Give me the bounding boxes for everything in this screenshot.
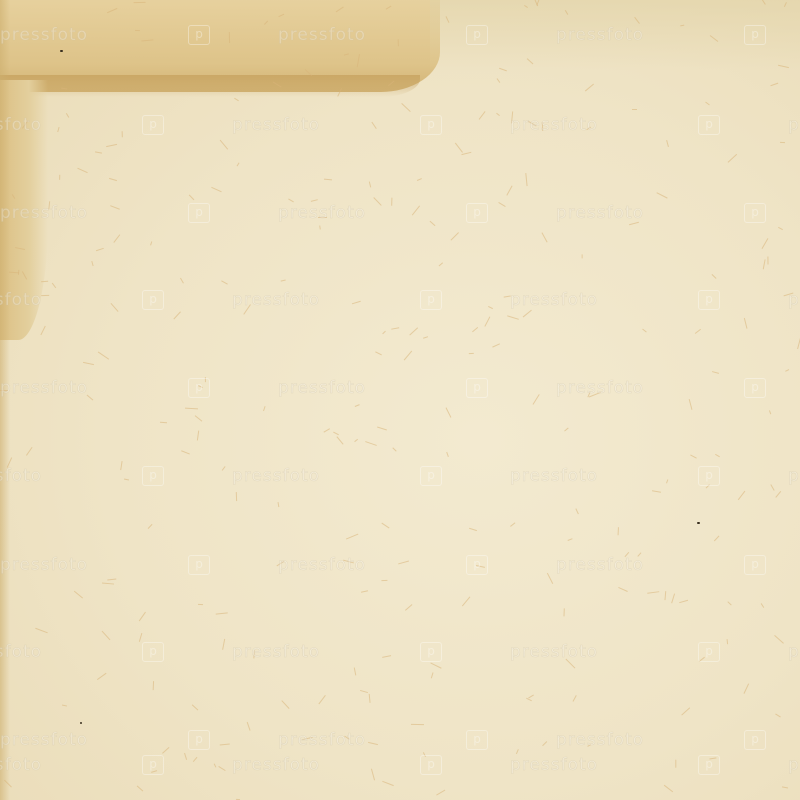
fiber [95, 151, 102, 153]
watermark-text: pressfoto [510, 115, 598, 135]
fiber [666, 479, 668, 483]
watermark-logo-icon: p [142, 290, 164, 310]
fiber [744, 684, 749, 694]
fiber [542, 232, 548, 242]
watermark-text: pressfoto [0, 115, 42, 135]
fiber [383, 330, 387, 334]
fiber [369, 181, 371, 187]
fiber [114, 234, 121, 242]
watermark-text: pressfoto [556, 378, 644, 398]
fiber [319, 225, 321, 229]
watermark-text: pressfoto [0, 642, 42, 662]
fiber [712, 371, 719, 374]
fiber [632, 109, 637, 110]
fiber [236, 492, 237, 501]
fiber [564, 427, 568, 431]
fiber [525, 173, 527, 186]
fiber [181, 451, 190, 455]
fiber [431, 672, 434, 678]
fiber [381, 580, 387, 581]
fiber [59, 175, 60, 180]
watermark-logo-icon: p [744, 203, 766, 223]
watermark-logo-icon: p [698, 290, 720, 310]
fiber [102, 630, 111, 640]
fiber [62, 704, 67, 706]
fiber [324, 178, 332, 180]
watermark-text: pressfoto [278, 378, 366, 398]
fiber [184, 753, 187, 760]
fiber [572, 695, 576, 702]
watermark-text: pressfoto [0, 555, 88, 575]
fiber [532, 394, 539, 405]
fiber [496, 78, 500, 82]
fiber [785, 369, 789, 372]
fiber [405, 604, 413, 611]
watermark-logo-icon: p [188, 25, 210, 45]
fiber [738, 491, 746, 500]
fiber [404, 351, 412, 361]
fiber [160, 422, 167, 423]
watermark-text: pressfoto [232, 642, 320, 662]
watermark-logo-icon: p [698, 642, 720, 662]
fiber [323, 429, 330, 434]
fiber [310, 199, 317, 202]
fiber [180, 278, 184, 283]
watermark-text: pressfoto [278, 25, 366, 45]
fiber [744, 318, 748, 329]
watermark-logo-icon: p [744, 378, 766, 398]
fiber [461, 152, 471, 155]
watermark-logo-icon: p [142, 115, 164, 135]
fiber [222, 466, 226, 471]
fiber [74, 591, 83, 599]
watermark-text: pressfoto [278, 555, 366, 575]
fiber [229, 32, 230, 43]
watermark-logo-icon: p [466, 25, 488, 45]
watermark-logo-icon: p [420, 466, 442, 486]
fiber [97, 352, 108, 360]
fiber [472, 327, 478, 332]
fiber [618, 527, 619, 536]
fiber [185, 407, 198, 409]
fiber [121, 461, 123, 470]
fiber [422, 336, 427, 339]
fiber [488, 306, 493, 309]
fiber [41, 295, 49, 296]
watermark-text: pressfoto [278, 730, 366, 750]
fiber [369, 694, 371, 703]
fiber [223, 639, 226, 650]
fiber [383, 781, 395, 786]
fiber [711, 274, 716, 279]
fiber [150, 242, 152, 246]
watermark-logo-icon: p [744, 25, 766, 45]
fiber [462, 597, 471, 607]
fiber [581, 254, 582, 258]
fiber [193, 757, 198, 762]
watermark-text: pressfoto [232, 755, 320, 775]
speck [697, 522, 700, 524]
watermark-text: pressfoto [788, 466, 800, 486]
fiber [234, 98, 239, 102]
fiber [762, 259, 765, 269]
fiber [780, 142, 785, 143]
watermark-text: pressfoto [510, 755, 598, 775]
fiber [455, 142, 463, 152]
fiber [371, 768, 375, 780]
speck [80, 722, 82, 724]
fiber [247, 722, 251, 731]
watermark-text: pressfoto [0, 730, 88, 750]
fiber [221, 281, 228, 285]
watermark-text: pressfoto [556, 555, 644, 575]
fiber [110, 205, 120, 210]
fiber [137, 786, 144, 792]
fiber [377, 427, 387, 431]
fiber [373, 197, 381, 206]
watermark-text: pressfoto [232, 290, 320, 310]
fiber [417, 178, 422, 181]
watermark-text: pressfoto [0, 25, 88, 45]
fiber [96, 673, 106, 680]
fiber [516, 749, 519, 754]
watermark-text: pressfoto [232, 115, 320, 135]
fiber [91, 261, 93, 266]
fiber [192, 705, 199, 711]
fiber [188, 195, 194, 201]
fiber [568, 538, 573, 541]
fiber [139, 633, 143, 642]
fiber [35, 628, 47, 633]
fiber [507, 315, 518, 319]
fiber [771, 485, 775, 492]
fiber [196, 430, 198, 440]
fiber [355, 438, 359, 441]
watermark-text: pressfoto [278, 203, 366, 223]
fiber [365, 441, 377, 446]
fiber [121, 131, 122, 138]
fiber [237, 163, 240, 167]
fiber [162, 747, 170, 754]
watermark-logo-icon: p [698, 115, 720, 135]
watermark-logo-icon: p [420, 642, 442, 662]
fiber [211, 187, 221, 192]
paper-texture: pressfotoppressfotoppressfotoppressfotop… [0, 0, 800, 800]
fiber [647, 591, 659, 594]
watermark-logo-icon: p [142, 755, 164, 775]
fiber [78, 168, 89, 173]
watermark-text: pressfoto [788, 115, 800, 135]
fiber [195, 415, 203, 421]
fiber [109, 178, 117, 181]
fiber [372, 122, 378, 129]
fiber [506, 185, 512, 195]
fiber [769, 410, 771, 414]
fiber [382, 523, 390, 529]
fiber [492, 344, 500, 348]
fiber [510, 522, 515, 526]
fiber [110, 303, 118, 312]
fiber [430, 662, 441, 668]
fiber [409, 327, 418, 335]
fiber [173, 311, 181, 319]
fiber [83, 362, 94, 365]
fiber [263, 406, 265, 411]
fiber [690, 454, 696, 458]
fiber [618, 587, 628, 592]
fiber [642, 328, 646, 332]
fiber [469, 353, 474, 354]
fiber [664, 591, 666, 600]
fiber [139, 612, 146, 621]
fiber [498, 202, 505, 207]
fiber [523, 310, 532, 318]
fiber [676, 760, 677, 768]
watermark-logo-icon: p [744, 730, 766, 750]
fiber [391, 327, 399, 329]
fiber [478, 111, 485, 120]
watermark-logo-icon: p [466, 203, 488, 223]
fiber [652, 491, 661, 493]
fiber [694, 329, 700, 334]
watermark-text: pressfoto [0, 466, 42, 486]
watermark-logo-icon: p [188, 203, 210, 223]
fiber [728, 601, 733, 605]
fiber [346, 534, 358, 540]
watermark-logo-icon: p [698, 755, 720, 775]
watermark-logo-icon: p [466, 555, 488, 575]
fiber [666, 140, 669, 147]
fiber [727, 154, 737, 163]
fiber [446, 408, 452, 418]
fiber [679, 600, 688, 603]
fiber [542, 742, 547, 747]
coffee-stain-edge [0, 75, 420, 97]
fiber [775, 713, 781, 717]
fiber [391, 197, 392, 205]
watermark-text: pressfoto [788, 642, 800, 662]
fiber [664, 784, 673, 791]
fiber [671, 593, 675, 603]
fiber [355, 404, 360, 407]
fiber [774, 635, 784, 644]
watermark-text: pressfoto [510, 642, 598, 662]
fiber [727, 639, 728, 644]
fiber [430, 221, 436, 226]
watermark-logo-icon: p [142, 466, 164, 486]
watermark-logo-icon: p [142, 642, 164, 662]
fiber [438, 263, 443, 267]
watermark-logo-icon: p [188, 378, 210, 398]
fiber [281, 700, 289, 709]
fiber [153, 681, 154, 690]
fiber [782, 786, 788, 788]
fiber [96, 247, 104, 250]
fiber [102, 582, 114, 584]
fiber [278, 502, 280, 507]
fiber [528, 694, 534, 698]
watermark-text: pressfoto [510, 466, 598, 486]
fiber [715, 454, 720, 457]
watermark-text: pressfoto [788, 290, 800, 310]
fiber [214, 764, 217, 768]
watermark-text: pressfoto [510, 290, 598, 310]
watermark-logo-icon: p [420, 115, 442, 135]
watermark-logo-icon: p [466, 730, 488, 750]
watermark-logo-icon: p [744, 555, 766, 575]
fiber [689, 399, 693, 410]
fiber [361, 590, 368, 593]
fiber [393, 447, 397, 451]
fiber [148, 524, 153, 529]
fiber [411, 724, 424, 725]
fiber [216, 613, 228, 615]
fiber [220, 140, 228, 150]
fiber [575, 509, 579, 515]
watermark-text: pressfoto [232, 466, 320, 486]
watermark-logo-icon: p [188, 730, 210, 750]
fiber [66, 113, 70, 118]
watermark-text: pressfoto [556, 25, 644, 45]
fiber [398, 561, 409, 565]
fiber [446, 452, 449, 457]
fiber [337, 437, 344, 445]
fiber [360, 690, 368, 693]
fiber [768, 256, 769, 264]
fiber [354, 667, 357, 675]
fiber [25, 447, 32, 456]
fiber [585, 83, 594, 91]
fiber [281, 280, 286, 282]
watermark-text: pressfoto [556, 730, 644, 750]
fiber [681, 707, 690, 715]
fiber [762, 238, 769, 249]
watermark-text: pressfoto [0, 378, 88, 398]
fiber [657, 192, 669, 199]
fiber [319, 695, 326, 704]
watermark-logo-icon: p [420, 755, 442, 775]
fiber [450, 232, 459, 241]
fiber [776, 491, 782, 498]
fiber [106, 144, 117, 147]
fiber [376, 351, 383, 355]
fiber [52, 282, 56, 287]
fiber [61, 87, 67, 89]
fiber [526, 698, 532, 702]
watermark-text: pressfoto [556, 203, 644, 223]
watermark-text: pressfoto [0, 290, 42, 310]
watermark-text: pressfoto [0, 203, 88, 223]
watermark-text: pressfoto [788, 755, 800, 775]
fiber [547, 573, 553, 584]
fiber [563, 608, 564, 616]
fiber [485, 317, 491, 327]
fiber [135, 30, 140, 31]
watermark-logo-icon: p [420, 290, 442, 310]
fiber [770, 83, 778, 87]
watermark-text: pressfoto [0, 755, 42, 775]
fiber [368, 741, 378, 744]
fiber [705, 102, 710, 106]
fiber [58, 127, 60, 132]
fiber [402, 103, 411, 112]
fiber [496, 113, 500, 116]
fiber [713, 535, 719, 541]
fiber [778, 227, 783, 230]
speck [60, 50, 63, 52]
fiber [436, 790, 445, 796]
fiber [469, 528, 477, 531]
fiber [220, 744, 230, 746]
watermark-logo-icon: p [698, 466, 720, 486]
fiber [107, 579, 116, 581]
fiber [412, 206, 420, 216]
fiber [218, 766, 225, 771]
fiber [197, 603, 202, 604]
fiber [124, 478, 129, 480]
fiber [761, 603, 764, 608]
fiber [18, 270, 19, 275]
watermark-logo-icon: p [188, 555, 210, 575]
watermark-logo-icon: p [466, 378, 488, 398]
fiber [352, 300, 361, 304]
fiber [40, 326, 45, 336]
fiber [382, 655, 391, 658]
